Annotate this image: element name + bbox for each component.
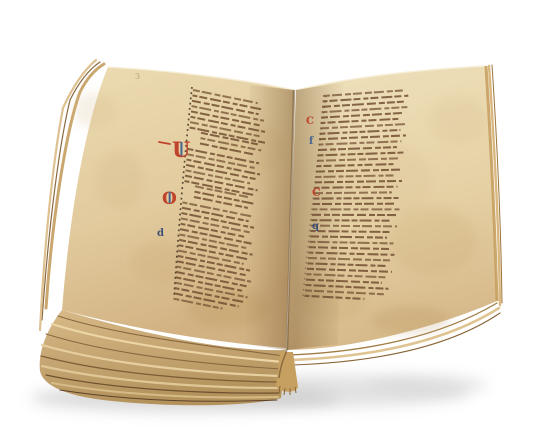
margin-glyph: f — [309, 136, 314, 147]
margin-glyph: q — [312, 221, 319, 232]
text-line — [314, 198, 399, 199]
shadow-right — [368, 375, 488, 395]
margin-glyph: C — [312, 186, 321, 199]
right-gutter-shading — [287, 82, 345, 350]
initial-glyph: d — [157, 228, 164, 239]
left-gutter-shading — [242, 85, 294, 350]
photo-canvas: UOd3CfCq — [0, 0, 555, 434]
margin-glyph: C — [306, 116, 314, 127]
manuscript-photo: UOd3CfCq — [0, 0, 555, 434]
text-line — [311, 226, 397, 227]
folio-mark: 3 — [135, 72, 140, 81]
